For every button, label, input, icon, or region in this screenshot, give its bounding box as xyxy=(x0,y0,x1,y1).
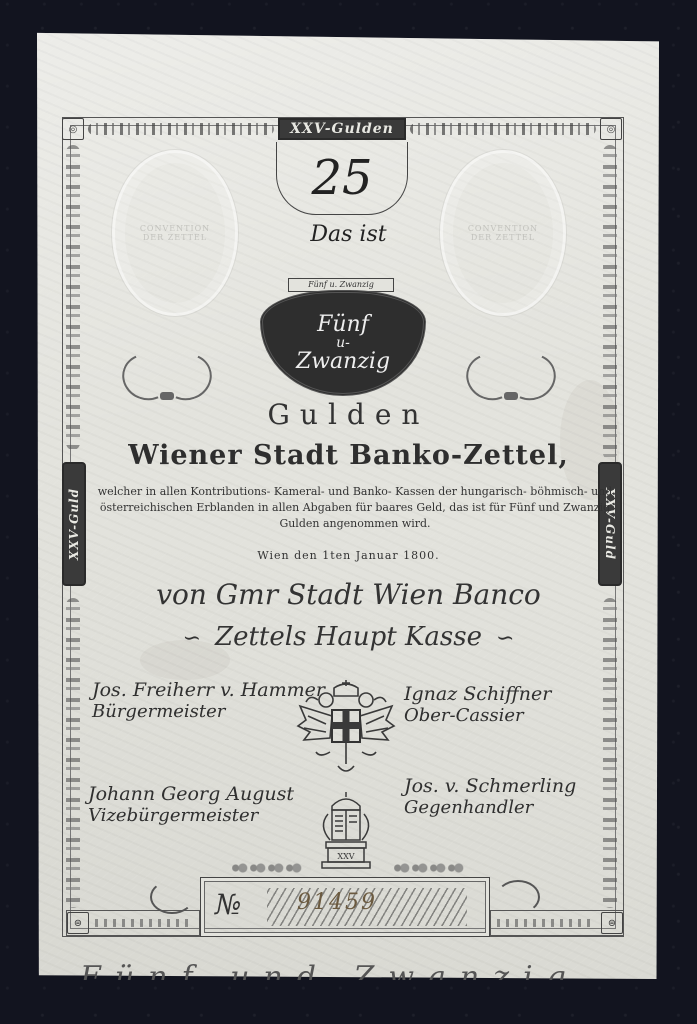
flower-garland-right xyxy=(394,860,464,876)
script-line-kasse-text: Zettels Haupt Kasse xyxy=(215,622,482,652)
denomination-shield-cartouche: Fünf u. Zwanzig Fünf u- Zwanzig xyxy=(252,272,428,394)
leaf-vine-ornament xyxy=(88,123,274,135)
double-headed-eagle-icon xyxy=(296,676,396,784)
signature-top-right: Ignaz Schiffner Ober-Cassier xyxy=(404,684,551,727)
leaf-vine-ornament xyxy=(410,123,596,135)
number-sign: № xyxy=(215,888,242,921)
signature-title: Bürgermeister xyxy=(92,702,325,723)
legal-text-paragraph: welcher in allen Kontributions- Kameral-… xyxy=(90,484,620,532)
flower-garland-left xyxy=(232,860,302,876)
numeral-cartouche: 25 xyxy=(276,142,408,215)
dark-shield: Fünf u- Zwanzig xyxy=(260,290,426,396)
top-denomination-plate: XXV-Gulden xyxy=(278,118,406,140)
corner-rosette-icon: ◎ xyxy=(62,118,84,140)
signature-title: Vizebürgermeister xyxy=(88,806,294,827)
das-ist-text: Das ist xyxy=(0,222,697,247)
scroll-ornament-right xyxy=(496,880,540,914)
denomination-numeral: 25 xyxy=(311,150,372,206)
signature-title: Gegenhandler xyxy=(404,798,576,819)
bottom-left-band: ⊜ xyxy=(66,910,200,936)
script-line-kasse: ∽Zettels Haupt Kasse∽ xyxy=(0,622,697,652)
denomination-word: Gulden xyxy=(0,398,697,431)
flourish-right-icon: ∽ xyxy=(496,626,514,651)
signature-name: Johann Georg August xyxy=(88,784,294,806)
signature-bottom-left: Johann Georg August Vizebürgermeister xyxy=(88,784,294,827)
corner-rosette-icon: ⊜ xyxy=(601,912,623,934)
signature-bottom-right: Jos. v. Schmerling Gegenhandler xyxy=(404,776,576,819)
signature-top-left: Jos. Freiherr v. Hammer Bürgermeister xyxy=(92,680,325,723)
signature-title: Ober-Cassier xyxy=(404,706,551,727)
coat-of-arms-pedestal-icon: XXV xyxy=(306,790,386,870)
scroll-ornament-left xyxy=(150,880,194,914)
signature-name: Jos. v. Schmerling xyxy=(404,776,576,798)
flourish-left-icon: ∽ xyxy=(183,626,201,651)
issuer-heading: Wiener Stadt Banko-Zettel, xyxy=(0,440,697,471)
right-laurel-wreath-icon xyxy=(456,348,566,404)
pedestal-label: XXV xyxy=(337,852,354,861)
left-laurel-wreath-icon xyxy=(112,348,222,404)
shield-word-fuenf: Fünf xyxy=(317,313,369,336)
corner-rosette-icon: ⊜ xyxy=(67,912,89,934)
top-ornamental-border: ◎ XXV-Gulden ◎ xyxy=(62,117,622,141)
issue-date: Wien den 1ten Januar 1800. xyxy=(0,549,697,562)
shield-word-und: u- xyxy=(336,336,350,351)
signature-name: Jos. Freiherr v. Hammer xyxy=(92,680,325,702)
bottom-right-band: ⊜ xyxy=(490,910,624,936)
signature-name: Ignaz Schiffner xyxy=(404,684,551,706)
serial-number-box: № 91459 xyxy=(200,877,490,937)
shield-word-zwanzig: Zwanzig xyxy=(296,350,390,373)
script-line-issuer: von Gmr Stadt Wien Banco xyxy=(0,578,697,611)
corner-rosette-icon: ◎ xyxy=(600,118,622,140)
left-side-denomination-plate: XXV-Guld xyxy=(62,462,86,586)
bottom-watermark-script: Fünf und Zwanzig xyxy=(80,958,620,980)
handwritten-serial-number: 91459 xyxy=(297,890,377,915)
